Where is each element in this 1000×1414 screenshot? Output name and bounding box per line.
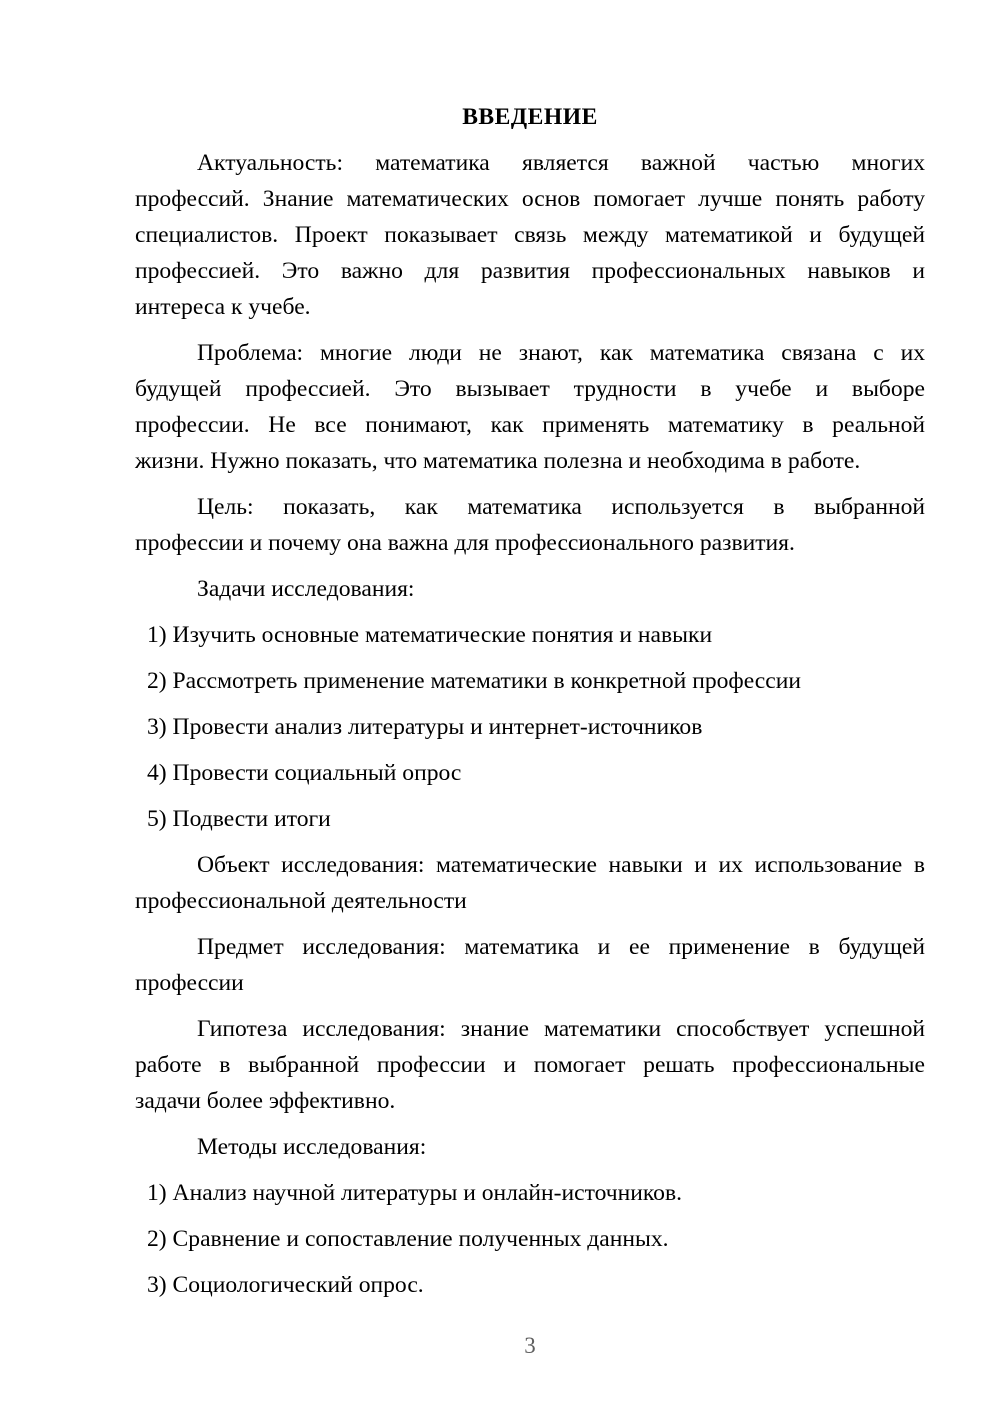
paragraph-object: Объект исследования: математические навы… xyxy=(135,847,925,919)
paragraph-hypothesis: Гипотеза исследования: знание математики… xyxy=(135,1011,925,1119)
text-line: интереса к учебе. xyxy=(135,289,925,325)
method-item: 2) Сравнение и сопоставление полученных … xyxy=(135,1221,925,1257)
text-line: Актуальность: математика является важной… xyxy=(135,145,925,181)
text-line: Цель: показать, как математика используе… xyxy=(135,489,925,525)
text-line: профессии xyxy=(135,965,925,1001)
paragraph-relevance: Актуальность: математика является важной… xyxy=(135,145,925,325)
methods-list: 1) Анализ научной литературы и онлайн-ис… xyxy=(135,1175,925,1303)
paragraph-goal: Цель: показать, как математика используе… xyxy=(135,489,925,561)
tasks-heading: Задачи исследования: xyxy=(135,571,925,607)
text-line: профессий. Знание математических основ п… xyxy=(135,181,925,217)
method-item: 3) Социологический опрос. xyxy=(135,1267,925,1303)
text-line: Объект исследования: математические навы… xyxy=(135,847,925,883)
text-line: Проблема: многие люди не знают, как мате… xyxy=(135,335,925,371)
paragraph-subject: Предмет исследования: математика и ее пр… xyxy=(135,929,925,1001)
method-item: 1) Анализ научной литературы и онлайн-ис… xyxy=(135,1175,925,1211)
task-item: 5) Подвести итоги xyxy=(135,801,925,837)
text-line: работе в выбранной профессии и помогает … xyxy=(135,1047,925,1083)
text-line: специалистов. Проект показывает связь ме… xyxy=(135,217,925,253)
page-number: 3 xyxy=(135,1328,925,1364)
text-line: профессией. Это важно для развития профе… xyxy=(135,253,925,289)
text-line: профессии и почему она важна для професс… xyxy=(135,525,925,561)
text-line: Задачи исследования: xyxy=(135,571,925,607)
text-line: Гипотеза исследования: знание математики… xyxy=(135,1011,925,1047)
text-line: жизни. Нужно показать, что математика по… xyxy=(135,443,925,479)
methods-heading: Методы исследования: xyxy=(135,1129,925,1165)
document-title: ВВЕДЕНИЕ xyxy=(135,99,925,135)
paragraph-problem: Проблема: многие люди не знают, как мате… xyxy=(135,335,925,479)
document-page: ВВЕДЕНИЕ Актуальность: математика являет… xyxy=(0,0,1000,1414)
task-item: 3) Провести анализ литературы и интернет… xyxy=(135,709,925,745)
text-line: будущей профессией. Это вызывает труднос… xyxy=(135,371,925,407)
task-item: 4) Провести социальный опрос xyxy=(135,755,925,791)
task-item: 2) Рассмотреть применение математики в к… xyxy=(135,663,925,699)
text-line: профессии. Не все понимают, как применят… xyxy=(135,407,925,443)
text-line: Методы исследования: xyxy=(135,1129,925,1165)
document-content: ВВЕДЕНИЕ Актуальность: математика являет… xyxy=(135,99,925,1313)
text-line: задачи более эффективно. xyxy=(135,1083,925,1119)
task-item: 1) Изучить основные математические понят… xyxy=(135,617,925,653)
text-line: профессиональной деятельности xyxy=(135,883,925,919)
tasks-list: 1) Изучить основные математические понят… xyxy=(135,617,925,837)
text-line: Предмет исследования: математика и ее пр… xyxy=(135,929,925,965)
